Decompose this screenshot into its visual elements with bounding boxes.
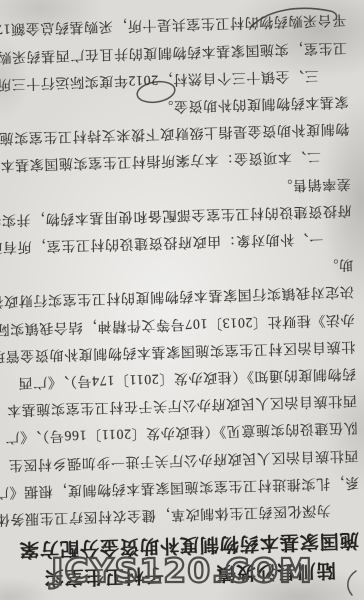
pen-squiggle-annotation-icon [340, 568, 362, 598]
watermark-text: JCYS120.COM [51, 551, 313, 590]
scanned-document-photo: 陆川县沙坡镇子村卫生室实 施国家基本药物制度补助资金分配方案 为深化医药卫生体制… [0, 0, 364, 600]
pen-arc-annotation-icon [248, 3, 342, 33]
pen-circle-annotation-icon [133, 78, 179, 106]
document-body: 陆川县沙坡镇子村卫生室实 施国家基本药物制度补助资金分配方案 为深化医药卫生体制… [2, 7, 362, 592]
